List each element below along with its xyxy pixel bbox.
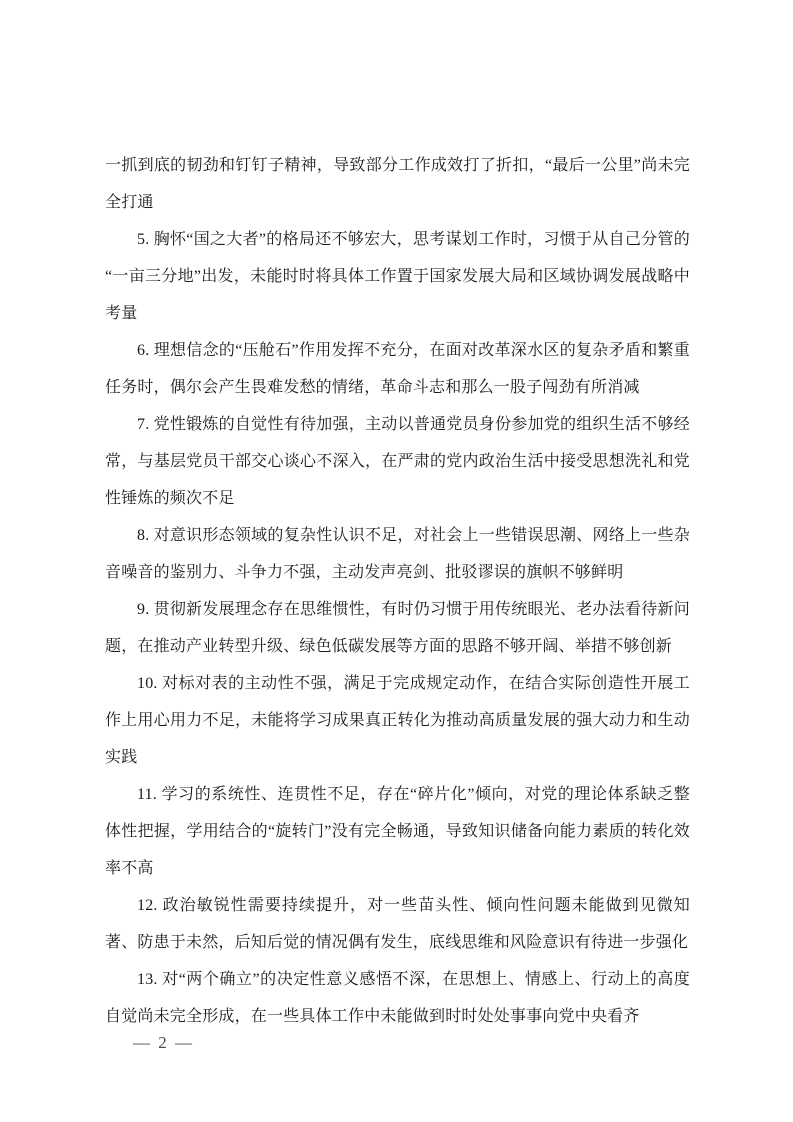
paragraph-item-9: 9. 贯彻新发展理念存在思维惯性，有时仍习惯于用传统眼光、老办法看待新问题，在推… [105,591,690,665]
paragraph-item-13: 13. 对“两个确立”的决定性意义感悟不深，在思想上、情感上、行动上的高度自觉尚… [105,961,690,1035]
paragraph-item-11: 11. 学习的系统性、连贯性不足，存在“碎片化”倾向，对党的理论体系缺乏整体性把… [105,776,690,887]
paragraph-item-10: 10. 对标对表的主动性不强，满足于完成规定动作，在结合实际创造性开展工作上用心… [105,665,690,776]
paragraph-item-8: 8. 对意识形态领域的复杂性认识不足，对社会上一些错误思潮、网络上一些杂音噪音的… [105,517,690,591]
paragraph-item-6: 6. 理想信念的“压舱石”作用发挥不充分，在面对改革深水区的复杂矛盾和繁重任务时… [105,332,690,406]
document-page: 一抓到底的韧劲和钉钉子精神，导致部分工作成效打了折扣，“最后一公里”尚未完全打通… [0,0,793,1122]
paragraph-item-5: 5. 胸怀“国之大者”的格局还不够宏大，思考谋划工作时，习惯于从自己分管的“一亩… [105,221,690,332]
document-body: 一抓到底的韧劲和钉钉子精神，导致部分工作成效打了折扣，“最后一公里”尚未完全打通… [105,147,690,1035]
paragraph-continuation: 一抓到底的韧劲和钉钉子精神，导致部分工作成效打了折扣，“最后一公里”尚未完全打通 [105,147,690,221]
paragraph-item-7: 7. 党性锻炼的自觉性有待加强，主动以普通党员身份参加党的组织生活不够经常，与基… [105,406,690,517]
paragraph-item-12: 12. 政治敏锐性需要持续提升，对一些苗头性、倾向性问题未能做到见微知著、防患于… [105,887,690,961]
page-number: — 2 — [133,1032,194,1054]
